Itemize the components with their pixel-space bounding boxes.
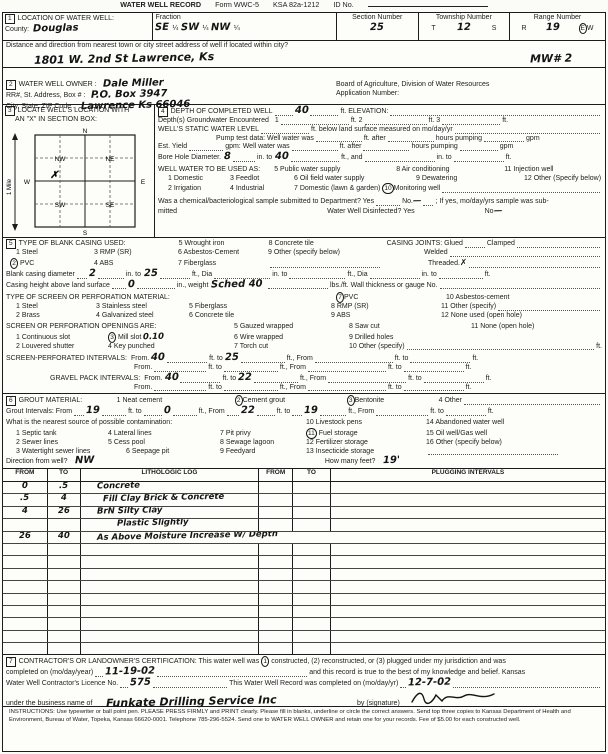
joints-label: CASING JOINTS: Glued [387, 240, 463, 249]
joints-welded: Welded [424, 249, 448, 258]
cert-business-label: under the business name of [6, 700, 92, 709]
compass-n: N [83, 128, 88, 135]
quad-se: SE [106, 202, 115, 209]
section7-certification: 7 CONTRACTOR'S OR LANDOWNER'S CERTIFICAT… [3, 655, 605, 707]
bore-into-2: in. to [437, 154, 452, 163]
mile-label: 1 Mile [7, 178, 13, 195]
contam-15: 15 Oil well/Gas well [426, 430, 487, 439]
well-address-value: 1801 W. 2nd St Lawrence, Ks [34, 51, 214, 66]
quad-sw: SW [55, 202, 66, 209]
log-row: 4 26 BrN Silty Clay [3, 507, 605, 519]
range-r: R [521, 25, 526, 34]
bore-diameter-value: 8 [224, 152, 231, 162]
log-row-empty [3, 556, 605, 568]
grout-ftto-3: ft. to [430, 408, 444, 417]
range-cell: Range Number R 19 EW [510, 13, 605, 40]
log-row: 0 .5 Concrete [3, 482, 605, 494]
distance-section: Distance and direction from nearest town… [3, 41, 605, 68]
section2-owner: 2 WATER WELL OWNER : Dale Miller RR#, St… [3, 68, 605, 105]
section1-location: 1 LOCATION OF WATER WELL: County: Dougla… [3, 13, 605, 41]
contam-12: 12 Fertilizer storage [306, 439, 426, 448]
casing-3: 3 RMP (SR) [94, 249, 178, 258]
compass-s: S [83, 230, 88, 237]
spi2-ftfrom: ft., From [280, 364, 306, 373]
log-h-from: FROM [3, 469, 48, 481]
township-t: T [431, 25, 435, 34]
quarter-3: ¼ [234, 25, 240, 34]
log-row: Plastic Slightly [3, 519, 605, 531]
casing-5: 5 Wrought iron [179, 240, 269, 249]
water-well-record-form: WATER WELL RECORD Form WWC-5 KSA 82a-121… [0, 0, 608, 754]
log-row-empty [3, 544, 605, 556]
signature [408, 689, 498, 705]
grout-to-2: 19 [304, 406, 318, 416]
log-from: .5 [20, 494, 29, 503]
contam-10: 10 Livestock pens [306, 419, 426, 428]
casing-title: TYPE OF BLANK CASING USED: [19, 240, 179, 249]
use-10-circled: 10 [382, 183, 393, 194]
log-to: 40 [58, 532, 70, 541]
gravel-intervals-label: GRAVEL PACK INTERVALS: [50, 375, 140, 384]
spi2-ftto: ft. to [208, 364, 222, 373]
form-number: Form WWC-5 [215, 0, 259, 9]
section3-number: 3 [5, 106, 15, 116]
use-title: WELL WATER TO BE USED AS: [158, 166, 260, 175]
distance-label: Distance and direction from nearest town… [6, 42, 602, 51]
weight-suffix: lbs./ft. Wall thickness or gauge No. [330, 282, 438, 291]
use-1: 1 Domestic [168, 175, 230, 184]
use-7: 7 Domestic (lawn & garden) [294, 185, 380, 194]
section5-number: 5 [6, 239, 16, 249]
feet-label: How many feet? [325, 458, 376, 467]
sample-no-label: No. [402, 198, 413, 207]
grout-ftfrom-2: ft., From [348, 408, 374, 417]
est-yield-label: Est. Yield [158, 143, 187, 152]
log-desc: Concrete [96, 482, 139, 491]
instructions-text: INSTRUCTIONS: Use typewriter or ball poi… [3, 707, 605, 727]
compass-e: E [141, 179, 146, 186]
openings-2: 2 Louvered shutter [16, 343, 108, 352]
contam-7: 7 Pit privy [220, 430, 306, 439]
well-name-value: MW# 2 [530, 52, 572, 64]
yield-after: ft. after [340, 143, 362, 152]
casing-height-value: 0 [128, 279, 135, 289]
bore-hole-label: Bore Hole Diameter. [158, 154, 221, 163]
contam-9: 9 Feedyard [220, 448, 306, 457]
grout-ftto-2: ft. to [277, 408, 291, 417]
contam-5: 5 Cess pool [108, 439, 220, 448]
static-level-label: WELL'S STATIC WATER LEVEL [158, 126, 259, 135]
spi-ftto: ft. to [209, 355, 223, 364]
bore-depth-value: 40 [275, 152, 289, 162]
screen-material-title: TYPE OF SCREEN OR PERFORATION MATERIAL: [6, 294, 211, 303]
weight-label: in., weight [177, 282, 209, 291]
owner-city-value: Lawrence Ks 66046 [81, 100, 191, 112]
grout-3-circled: 3 [347, 395, 355, 406]
casing-into-2: in. to [272, 271, 287, 280]
joints-clamped: Clamped [487, 240, 515, 249]
screen-4: 4 Galvanized steel [96, 312, 189, 321]
log-row: 26 40 As Above Moisture Increase W/ Dept… [3, 532, 605, 544]
cert-licence-value: 575 [130, 678, 151, 688]
casing-8: 8 Concrete tile [269, 240, 387, 249]
screen-2: 2 Brass [16, 312, 96, 321]
openings-10-ft: ft. [596, 343, 602, 352]
openings-3-circled: 3 [108, 332, 116, 343]
use-11: 11 Injection well [504, 166, 553, 175]
yield-hours: hours pumping [411, 143, 457, 152]
gpi-to-value: 22 [238, 373, 252, 383]
openings-7: 7 Torch cut [234, 343, 349, 352]
use-8: 8 Air conditioning [396, 166, 504, 175]
section3-locate: 3 LOCATE WELL'S LOCATION WITH AN "X" IN … [3, 105, 155, 237]
log-desc: Plastic Slightly [116, 519, 188, 528]
openings-3-label: Mill slot [118, 334, 141, 341]
section3-4-row: 3 LOCATE WELL'S LOCATION WITH AN "X" IN … [3, 105, 605, 238]
mill-slot-value: 0.10 [143, 332, 164, 341]
spi-ftfrom: ft., From [287, 355, 313, 364]
section5-casing: 5 TYPE OF BLANK CASING USED: 5 Wrought i… [3, 238, 605, 394]
screen-10: 10 Asbestos-cement [446, 294, 509, 303]
cert-record-label: This Water Well Record was completed on … [229, 680, 398, 689]
form-title: WATER WELL RECORD [120, 0, 201, 9]
log-row: .5 4 Fill Clay Brick & Concrete [3, 494, 605, 506]
use-5: 5 Public water supply [274, 166, 396, 175]
log-row-empty [3, 594, 605, 606]
casing-2-circled: 2 [10, 258, 18, 269]
cert-constructed-circled: 1 [261, 656, 269, 667]
business-name-value: Funkate Drilling Service Inc [106, 694, 277, 709]
gw-3: ft. 3 [429, 117, 441, 126]
contam-1: 1 Septic tank [16, 430, 108, 439]
direction-value: NW [75, 456, 95, 466]
quad-ne: NE [105, 156, 115, 163]
gw-ft: ft. [502, 117, 508, 126]
threaded-check: ✗ [460, 259, 467, 268]
casing-2-label: PVC [20, 260, 34, 267]
section-number-value: 25 [370, 23, 384, 33]
log-from: 26 [19, 532, 31, 541]
log-desc: BrN Silty Clay [96, 507, 162, 516]
use-4: 4 Industrial [230, 185, 294, 194]
gpi2-ftto-2: ft. to [388, 384, 402, 393]
owner-address-label: RR#, St. Address, Box # : [6, 92, 85, 101]
log-row-empty [3, 581, 605, 593]
screen-1: 1 Steel [16, 303, 96, 312]
section2-number: 2 [6, 80, 16, 90]
openings-title: SCREEN OR PERFORATION OPENINGS ARE: [6, 323, 234, 332]
township-value: 12 [457, 23, 471, 33]
groundwater-label: Depth(s) Groundwater Encountered [158, 117, 269, 126]
casing-ftdia-2: ft., Dia [347, 271, 367, 280]
township-s: S [492, 25, 497, 34]
pump-gpm: gpm [526, 135, 540, 144]
bore-ftand: ft., and [341, 154, 362, 163]
fraction-cell: Fraction SE ¼ SW ¼ NW ¼ [153, 13, 336, 40]
quarter-2: ¼ [203, 25, 209, 34]
depth-completed-value: 40 [294, 106, 308, 116]
spi-ft-end: ft. [472, 355, 478, 364]
yield-gpm: gpm [500, 143, 514, 152]
screen-5: 5 Fiberglass [189, 303, 331, 312]
log-to: 26 [58, 507, 70, 516]
grout-ftto-1: ft. to [128, 408, 142, 417]
joints-threaded: Threaded. [428, 260, 460, 269]
spi-to-value: 25 [225, 353, 239, 363]
range-east-circled: E [579, 23, 587, 34]
screen-7-label: PVC [344, 294, 358, 301]
contam-8: 8 Sewage lagoon [220, 439, 306, 448]
contam-2: 2 Sewer lines [16, 439, 108, 448]
casing-height-label: Casing height above land surface [6, 282, 110, 291]
pump-test-label: Pump test data: Well water was [216, 135, 314, 144]
pump-after: ft. after [364, 135, 386, 144]
gpi2-ftfrom: ft., From [280, 384, 306, 393]
spi2-from-label: From. [134, 364, 152, 373]
form-header: WATER WELL RECORD Form WWC-5 KSA 82a-121… [0, 0, 608, 12]
fraction-1: SE [155, 23, 169, 33]
fraction-2: SW [181, 23, 199, 33]
log-row-empty [3, 569, 605, 581]
gpi-ftfrom: ft., From [300, 375, 326, 384]
gpi-ftto-2: ft. to [408, 375, 422, 384]
bore-ft-2: ft. [506, 154, 512, 163]
direction-label: Direction from well? [6, 458, 67, 467]
contam-11-label: Fuel storage [319, 430, 358, 437]
grout-1: 1 Neat cement [117, 397, 235, 406]
feet-value: 19' [383, 456, 400, 466]
grout-intervals-label: Grout Intervals: From [6, 408, 72, 417]
spi2-ftto-2: ft. to [388, 364, 402, 373]
application-number-label: Application Number: [336, 90, 602, 99]
log-to: .5 [59, 482, 68, 491]
form-id-blank [368, 0, 488, 7]
screen-6: 6 Concrete tile [189, 312, 331, 321]
weight-value: Sched 40 [211, 279, 263, 290]
board-of-agriculture-text: Board of Agriculture, Division of Water … [336, 81, 602, 90]
casing-4: 4 ABS [94, 260, 178, 269]
section1-number: 1 [5, 14, 15, 24]
fraction-3: NW [211, 23, 231, 33]
use-3: 3 Feedlot [230, 175, 294, 184]
owner-label: WATER WELL OWNER : [19, 81, 97, 90]
log-header-row: FROM TO LITHOLOGIC LOG FROM TO PLUGGING … [3, 469, 605, 482]
contam-3: 3 Watertight sewer lines [16, 448, 126, 457]
log-h-to2: TO [293, 469, 331, 481]
use-12: 12 Other (Specify below) [524, 175, 601, 184]
contam-14: 14 Abandoned water well [426, 419, 504, 428]
static-level-suffix: ft. below land surface measured on mo/da… [311, 126, 453, 135]
gpi2-from-label: From. [134, 384, 152, 393]
openings-8: 8 Saw cut [349, 323, 471, 332]
cert-completed-label: completed on (mo/day/year) [6, 669, 93, 678]
openings-6: 6 Wire wrapped [234, 334, 349, 343]
lithologic-table: FROM TO LITHOLOGIC LOG FROM TO PLUGGING … [3, 469, 605, 655]
sample-question: Was a chemical/bacteriological sample su… [158, 198, 374, 207]
log-from: 0 [22, 482, 28, 491]
cert-signature-label: by (signature) [357, 700, 400, 709]
screen-3: 3 Stainless steel [96, 303, 189, 312]
grout-ft-end: ft. [488, 408, 494, 417]
log-desc: Fill Clay Brick & Concrete [102, 494, 223, 504]
elevation-label: ft. ELEVATION: [340, 108, 388, 117]
disinfected-question: Water Well Disinfected? Yes [327, 208, 415, 217]
casing-7: 7 Fiberglass [178, 260, 268, 269]
section-number-cell: Section Number 25 [337, 13, 419, 40]
county-value: Douglas [33, 24, 79, 35]
range-value: 19 [545, 23, 559, 33]
section-box-diagram: 1 Mile N S W E NW NE SW SE ✗ [5, 125, 151, 237]
grout-3-label: Bentonite [355, 397, 385, 404]
gpi2-ft-end: ft. [466, 384, 472, 393]
sample-suffix: ; If yes, mo/day/yrs sample was sub- [435, 198, 548, 207]
sample-no-mark: — [413, 197, 422, 206]
screen-11: 11 Other (specify) [441, 303, 496, 312]
log-h-lith: LITHOLOGIC LOG [81, 469, 260, 481]
grout-from-1: 19 [86, 406, 100, 416]
casing-ft-end: ft. [485, 271, 491, 280]
section6-grout: 6 GROUT MATERIAL: 1 Neat cement 2Cement … [3, 394, 605, 469]
use-10-label: Monitoring well [394, 185, 441, 194]
cert-text-2: constructed, (2) reconstructed, or (3) p… [271, 658, 506, 667]
gpi-from-label: From. [144, 375, 162, 384]
use-9: 9 Dewatering [416, 175, 524, 184]
cert-record-date: 12-7-02 [408, 678, 451, 689]
casing-6: 6 Asbestos-Cement [178, 249, 268, 258]
quarter-1: ¼ [173, 25, 179, 34]
openings-4: 4 Key punched [108, 343, 234, 352]
contam-11-circled: 11 [306, 428, 317, 439]
log-h-to: TO [48, 469, 81, 481]
spi-ftto-2: ft. to [395, 355, 409, 364]
range-west: W [587, 25, 594, 32]
grout-ftfrom: ft., From [199, 408, 225, 417]
screen-8: 8 RMP (SR) [331, 303, 441, 312]
openings-10: 10 Other (specify) [349, 343, 405, 352]
bore-into: in. to [257, 154, 272, 163]
screen-intervals-label: SCREEN-PERFORATED INTERVALS: [6, 355, 127, 364]
county-cell: 1 LOCATION OF WATER WELL: County: Dougla… [3, 13, 153, 40]
casing-depth-value: 25 [144, 269, 158, 279]
grout-to-1: 0 [164, 406, 171, 416]
spi-from-value: 40 [151, 353, 165, 363]
township-cell: Township Number T 12 S [419, 13, 510, 40]
log-h-plug: PLUGGING INTERVALS [331, 469, 605, 481]
log-row-empty [3, 631, 605, 643]
contamination-title: What is the nearest source of possible c… [6, 419, 306, 428]
casing-diameter-value: 2 [89, 269, 96, 279]
grout-4: 4 Other [439, 397, 462, 406]
gpi-ft-end: ft. [486, 375, 492, 384]
log-row-empty [3, 643, 605, 655]
gpi-ftto: ft. to [222, 375, 236, 384]
disinfected-no-label: No [485, 208, 494, 217]
use-6: 6 Oil field water supply [294, 175, 416, 184]
casing-9: 9 Other (specify below) [268, 249, 386, 258]
casing-into-3: in. to [422, 271, 437, 280]
cert-licence-label: Water Well Contractor's Licence No. [6, 680, 118, 689]
openings-9: 9 Drilled holes [349, 334, 393, 343]
screen-9: 9 ABS [331, 312, 441, 321]
grout-2-label: Cement grout [243, 397, 285, 404]
screen-12: 12 None used (open hole) [441, 312, 522, 321]
pump-hours: hours pumping [436, 135, 482, 144]
grout-title: GROUT MATERIAL: [19, 397, 117, 406]
gpi2-ftto: ft. to [208, 384, 222, 393]
disinfected-no-mark: — [493, 207, 502, 216]
log-to: 4 [61, 494, 67, 503]
section7-number: 7 [6, 657, 16, 667]
log-row-empty [3, 606, 605, 618]
contam-6: 6 Seepage pit [126, 448, 220, 457]
openings-1: 1 Continuous slot [16, 334, 108, 343]
compass-w: W [24, 179, 31, 186]
openings-5: 5 Gauzed wrapped [234, 323, 349, 332]
screen-7-circled: 7 [336, 292, 344, 303]
grout-from-2: 22 [241, 406, 255, 416]
casing-ftdia-1: ft., Dia [192, 271, 212, 280]
openings-11: 11 None (open hole) [471, 323, 534, 332]
contam-16: 16 Other (specify below) [426, 439, 502, 448]
contam-13: 13 Insecticide storage [306, 448, 426, 457]
well-x-mark: ✗ [50, 170, 60, 181]
casing-diameter-label: Blank casing diameter [6, 271, 75, 280]
log-row-empty [3, 618, 605, 630]
log-desc: As Above Moisture Increase W/ Depth [97, 532, 278, 542]
county-label: County: [5, 26, 29, 35]
gw-1: 1 [275, 117, 279, 126]
contam-4: 4 Lateral lines [108, 430, 220, 439]
spi-from-label: From. [131, 355, 149, 364]
form-frame: 1 LOCATION OF WATER WELL: County: Dougla… [2, 12, 606, 752]
use-2: 2 Irrigation [168, 185, 230, 194]
sample-suffix-2: mitted [158, 208, 177, 217]
log-from: 4 [22, 507, 28, 516]
section6-number: 6 [6, 396, 16, 406]
casing-1: 1 Steel [16, 249, 94, 258]
section3-title-2: AN "X" IN SECTION BOX: [5, 116, 152, 125]
spi2-ft-end: ft. [466, 364, 472, 373]
gpi-from-value: 40 [164, 373, 178, 383]
form-id-label: ID No. [333, 0, 353, 9]
log-h-from2: FROM [259, 469, 293, 481]
gw-2: ft. 2 [351, 117, 363, 126]
section4-depth: 4 DEPTH OF COMPLETED WELL 40 ft. ELEVATI… [155, 105, 605, 237]
form-ksa: KSA 82a-1212 [273, 0, 319, 9]
quad-nw: NW [55, 156, 67, 163]
